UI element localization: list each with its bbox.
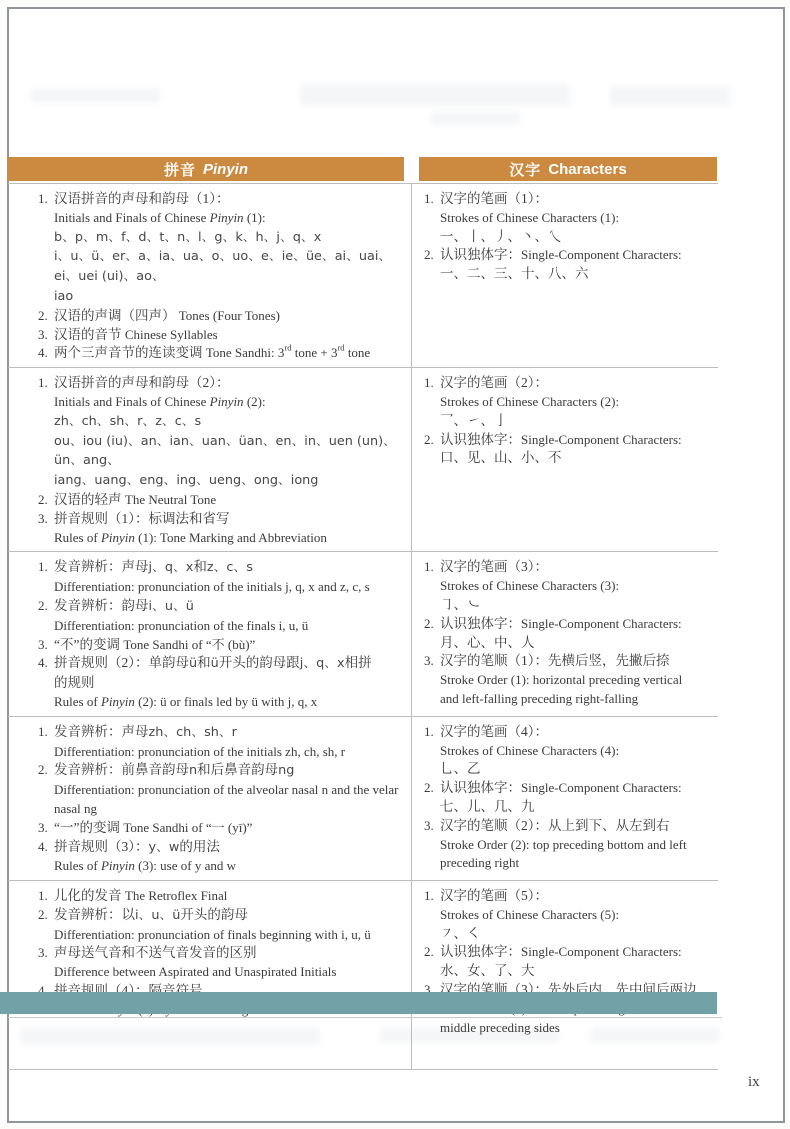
item-content: 两个三声音节的连读变调 Tone Sandhi: 3rd tone + 3rd …: [54, 344, 401, 363]
table-row: 1.儿化的发音 The Retroflex Final2.发音辨析：以i、u、ü…: [8, 881, 718, 1069]
text-line: 发音辨析：声母zh、ch、sh、r: [54, 723, 401, 743]
item-content: 汉字的笔画（2）：Strokes of Chinese Characters (…: [440, 374, 710, 430]
characters-cell: 1.汉字的笔画（2）：Strokes of Chinese Characters…: [412, 368, 718, 551]
list-item: 4.拼音规则（3）：y、w的用法Rules of Pinyin (3): use…: [38, 838, 401, 877]
list-item: 4.拼音规则（2）：单韵母ü和ü开头的韵母跟j、q、x相拼的规则Rules of…: [38, 654, 401, 711]
item-content: 认识独体字：Single-Component Characters:一、二、三、…: [440, 246, 710, 284]
text-segment: Initials and Finals of Chinese: [54, 394, 210, 409]
text-line: 发音辨析：以i、u、ü开头的韵母: [54, 906, 401, 926]
print-bleed-artifact: [430, 112, 520, 125]
text-segment: The Neutral Tone: [125, 492, 216, 507]
text-segment: Pinyin: [101, 694, 135, 709]
list-item: 2.认识独体字：Single-Component Characters:月、心、…: [424, 615, 710, 653]
list-item: 2.认识独体字：Single-Component Characters:七、儿、…: [424, 779, 710, 817]
text-line: “不”的变调 Tone Sandhi of “不 (bù)”: [54, 636, 401, 655]
text-segment: Tone Sandhi of “不 (bù)”: [123, 637, 255, 652]
text-line: 汉语的音节 Chinese Syllables: [54, 326, 401, 345]
item-number: 1.: [424, 190, 440, 246]
text-segment: 拼音规则（1）：标调法和省写: [54, 511, 230, 526]
text-line: middle preceding sides: [440, 1019, 710, 1038]
text-line: Differentiation: pronunciation of the fi…: [54, 617, 401, 636]
pinyin-cell: 1.发音辨析：声母zh、ch、sh、rDifferentiation: pron…: [8, 717, 412, 880]
item-content: 汉字的笔画（3）：Strokes of Chinese Characters (…: [440, 558, 710, 614]
text-line: 一、二、三、十、八、六: [440, 265, 710, 284]
text-segment: 发音辨析：韵母: [54, 598, 149, 613]
list-item: 1.汉语拼音的声母和韵母（2）：Initials and Finals of C…: [38, 374, 401, 491]
characters-header: 汉字 Characters: [419, 157, 717, 181]
text-segment: Differentiation: pronunciation of the fi…: [54, 618, 308, 633]
item-content: 汉语的音节 Chinese Syllables: [54, 326, 401, 345]
pinyin-header-zh: 拼音: [164, 159, 196, 180]
text-line: 儿化的发音 The Retroflex Final: [54, 887, 401, 906]
text-segment: 发音辨析：以: [54, 907, 135, 922]
text-segment: ou、iou (iu)、an、ian、uan、üan、en、in、uen (un…: [54, 434, 396, 469]
characters-cell: 1.汉字的笔画（3）：Strokes of Chinese Characters…: [412, 552, 718, 715]
list-item: 3.“不”的变调 Tone Sandhi of “不 (bù)”: [38, 636, 401, 655]
text-segment: 儿化的发音: [54, 888, 125, 903]
text-segment: j、q、x: [149, 560, 194, 575]
item-number: 4.: [38, 838, 54, 877]
item-number: 1.: [424, 374, 440, 430]
text-segment: Strokes of Chinese Characters (3):: [440, 578, 619, 593]
text-line: 发音辨析：前鼻音韵母n和后鼻音韵母ng: [54, 761, 401, 781]
item-number: 3.: [424, 817, 440, 873]
list-item: 2.认识独体字：Single-Component Characters:水、女、…: [424, 943, 710, 981]
list-item: 2.汉语的轻声 The Neutral Tone: [38, 491, 401, 510]
item-number: 3.: [424, 652, 440, 708]
text-segment: b、p、m、f、d、t、n、l、g、k、h、j、q、x: [54, 230, 321, 245]
text-segment: Pinyin: [101, 858, 135, 873]
text-segment: 汉字的笔画（3）：: [440, 559, 548, 574]
text-segment: and left-falling preceding right-falling: [440, 691, 638, 706]
text-segment: 汉字的笔顺（2）：从上到下、从左到右: [440, 818, 670, 833]
table-row: 1.汉语拼音的声母和韵母（2）：Initials and Finals of C…: [8, 368, 718, 552]
text-segment: iao: [54, 289, 73, 304]
text-segment: Differentiation: pronunciation of the al…: [54, 782, 399, 816]
item-content: “不”的变调 Tone Sandhi of “不 (bù)”: [54, 636, 401, 655]
list-item: 3.汉语的音节 Chinese Syllables: [38, 326, 401, 345]
text-segment: “不”的变调: [54, 637, 123, 652]
text-segment: 发音辨析：声母: [54, 559, 149, 574]
text-segment: 的规则: [54, 675, 95, 690]
list-item: 3.拼音规则（1）：标调法和省写Rules of Pinyin (1): Ton…: [38, 510, 401, 548]
item-content: 拼音规则（2）：单韵母ü和ü开头的韵母跟j、q、x相拼的规则Rules of P…: [54, 654, 401, 711]
text-segment: 一、二、三、十、八、六: [440, 266, 589, 281]
text-segment: 开头的韵母: [180, 907, 248, 922]
item-content: 发音辨析：以i、u、ü开头的韵母Differentiation: pronunc…: [54, 906, 401, 945]
text-segment: 汉字的笔画（4）：: [440, 724, 548, 739]
text-segment: zh、ch、sh、r: [149, 725, 237, 740]
text-line: 乛、㇀、亅: [440, 412, 710, 431]
text-line: Stroke Order (2): top preceding bottom a…: [440, 836, 710, 855]
text-line: zh、ch、sh、r、z、c、s: [54, 412, 401, 432]
text-segment: ㇇、㇛: [440, 926, 481, 941]
text-segment: “一”的变调: [54, 820, 123, 835]
text-line: 发音辨析：声母j、q、x和z、c、s: [54, 558, 401, 578]
text-line: 乚、乙: [440, 760, 710, 779]
text-line: preceding right: [440, 854, 710, 873]
text-segment: (1):: [244, 210, 266, 225]
text-segment: 口、见、山、小、不: [440, 450, 562, 465]
characters-cell: 1.汉字的笔画（5）：Strokes of Chinese Characters…: [412, 881, 718, 1069]
text-segment: i、u、ü: [135, 908, 180, 923]
footer-accent-bar: [0, 992, 717, 1014]
text-segment: j、q、x: [300, 656, 345, 671]
text-segment: Difference between Aspirated and Unaspir…: [54, 964, 336, 979]
list-item: 4.两个三声音节的连读变调 Tone Sandhi: 3rd tone + 3r…: [38, 344, 401, 363]
item-content: 儿化的发音 The Retroflex Final: [54, 887, 401, 906]
table-row: 1.发音辨析：声母j、q、x和z、c、sDifferentiation: pro…: [8, 552, 718, 716]
text-segment: ㇆、㇃: [440, 597, 481, 612]
text-segment: i、u、ü、er、a、ia、ua、o、uo、e、ie、üe、ai、uai、ei、…: [54, 249, 391, 284]
text-segment: 和: [197, 655, 211, 670]
text-segment: tone + 3: [292, 345, 338, 360]
list-item: 1.汉语拼音的声母和韵母（1）：Initials and Finals of C…: [38, 190, 401, 307]
text-line: i、u、ü、er、a、ia、ua、o、uo、e、ie、üe、ai、uai、ei、…: [54, 247, 401, 287]
list-item: 3.“一”的变调 Tone Sandhi of “一 (yī)”: [38, 819, 401, 838]
text-line: 汉语的声调（四声） Tones (Four Tones): [54, 307, 401, 326]
list-item: 1.汉字的笔画（5）：Strokes of Chinese Characters…: [424, 887, 710, 943]
text-line: 发音辨析：韵母i、u、ü: [54, 597, 401, 617]
text-segment: 乚、乙: [440, 761, 481, 776]
text-segment: Single-Component Characters:: [521, 616, 682, 631]
table-body: 1.汉语拼音的声母和韵母（1）：Initials and Finals of C…: [8, 183, 718, 1070]
text-segment: 认识独体字：: [440, 432, 521, 447]
text-segment: 水、女、了、大: [440, 963, 535, 978]
item-number: 3.: [38, 326, 54, 345]
item-content: 认识独体字：Single-Component Characters:月、心、中、…: [440, 615, 710, 653]
text-segment: iang、uang、eng、ing、ueng、ong、iong: [54, 473, 318, 488]
text-segment: 汉语的轻声: [54, 492, 125, 507]
text-line: ou、iou (iu)、an、ian、uan、üan、en、in、uen (un…: [54, 432, 401, 472]
text-segment: 汉字的笔画（5）：: [440, 888, 548, 903]
print-bleed-artifact: [30, 88, 160, 103]
text-segment: Tones (Four Tones): [176, 308, 280, 323]
item-number: 2.: [38, 761, 54, 818]
print-bleed-artifact: [300, 84, 570, 106]
list-item: 2.发音辨析：以i、u、ü开头的韵母Differentiation: pronu…: [38, 906, 401, 945]
item-number: 4.: [38, 344, 54, 363]
text-line: 两个三声音节的连读变调 Tone Sandhi: 3rd tone + 3rd …: [54, 344, 401, 363]
table-row: 1.发音辨析：声母zh、ch、sh、rDifferentiation: pron…: [8, 717, 718, 881]
item-number: 2.: [38, 597, 54, 636]
text-segment: Single-Component Characters:: [521, 432, 682, 447]
item-number: 3.: [38, 636, 54, 655]
list-item: 1.发音辨析：声母zh、ch、sh、rDifferentiation: pron…: [38, 723, 401, 762]
pinyin-cell: 1.汉语拼音的声母和韵母（2）：Initials and Finals of C…: [8, 368, 412, 551]
text-segment: 发音辨析：前鼻音韵母: [54, 762, 189, 777]
text-segment: Differentiation: pronunciation of the in…: [54, 579, 370, 594]
text-segment: (1): Tone Marking and Abbreviation: [135, 530, 327, 545]
item-content: 认识独体字：Single-Component Characters:口、见、山、…: [440, 431, 710, 469]
text-line: b、p、m、f、d、t、n、l、g、k、h、j、q、x: [54, 228, 401, 248]
text-segment: 汉字的笔画（1）：: [440, 191, 548, 206]
text-segment: Single-Component Characters:: [521, 944, 682, 959]
text-line: 汉语拼音的声母和韵母（1）：: [54, 190, 401, 209]
text-line: Initials and Finals of Chinese Pinyin (1…: [54, 209, 401, 228]
text-line: 汉字的笔画（3）：: [440, 558, 710, 577]
item-content: 拼音规则（1）：标调法和省写Rules of Pinyin (1): Tone …: [54, 510, 401, 548]
page-number: ix: [748, 1074, 760, 1091]
item-number: 3.: [38, 510, 54, 548]
list-item: 1.汉字的笔画（2）：Strokes of Chinese Characters…: [424, 374, 710, 430]
text-segment: preceding right: [440, 855, 519, 870]
print-bleed-artifact: [610, 86, 730, 106]
text-segment: 汉语的音节: [54, 327, 125, 342]
text-line: 拼音规则（1）：标调法和省写: [54, 510, 401, 529]
text-line: 认识独体字：Single-Component Characters:: [440, 431, 710, 450]
item-number: 1.: [38, 887, 54, 906]
text-line: 汉语的轻声 The Neutral Tone: [54, 491, 401, 510]
list-item: 3.汉字的笔顺（2）：从上到下、从左到右Stroke Order (2): to…: [424, 817, 710, 873]
item-content: 汉语的声调（四声） Tones (Four Tones): [54, 307, 401, 326]
item-content: 汉语拼音的声母和韵母（1）：Initials and Finals of Chi…: [54, 190, 401, 307]
text-line: Strokes of Chinese Characters (1):: [440, 209, 710, 228]
text-segment: 认识独体字：: [440, 616, 521, 631]
text-segment: Rules of: [54, 530, 101, 545]
text-segment: 和后鼻音韵母: [197, 762, 278, 777]
text-line: 水、女、了、大: [440, 962, 710, 981]
text-line: 汉语拼音的声母和韵母（2）：: [54, 374, 401, 393]
text-line: 认识独体字：Single-Component Characters:: [440, 943, 710, 962]
text-segment: Strokes of Chinese Characters (4):: [440, 743, 619, 758]
text-line: 的规则: [54, 674, 401, 693]
list-item: 1.汉字的笔画（3）：Strokes of Chinese Characters…: [424, 558, 710, 614]
text-segment: 发音辨析：声母: [54, 724, 149, 739]
text-line: 七、儿、几、九: [440, 798, 710, 817]
item-content: 发音辨析：声母zh、ch、sh、rDifferentiation: pronun…: [54, 723, 401, 762]
list-item: 1.汉字的笔画（1）：Strokes of Chinese Characters…: [424, 190, 710, 246]
text-segment: n: [189, 763, 197, 778]
item-number: 2.: [38, 906, 54, 945]
text-segment: Tone Sandhi: 3: [206, 345, 285, 360]
text-line: Strokes of Chinese Characters (4):: [440, 742, 710, 761]
text-segment: 汉语拼音的声母和韵母（1）：: [54, 191, 230, 206]
item-content: 发音辨析：韵母i、u、üDifferentiation: pronunciati…: [54, 597, 401, 636]
text-line: 认识独体字：Single-Component Characters:: [440, 615, 710, 634]
characters-header-en: Characters: [548, 161, 626, 178]
item-content: 汉字的笔画（4）：Strokes of Chinese Characters (…: [440, 723, 710, 779]
text-segment: 拼音规则（3）：: [54, 839, 149, 854]
text-segment: 的用法: [179, 839, 220, 854]
text-segment: Strokes of Chinese Characters (2):: [440, 394, 619, 409]
pinyin-cell: 1.汉语拼音的声母和韵母（1）：Initials and Finals of C…: [8, 184, 412, 367]
item-number: 1.: [424, 558, 440, 614]
pinyin-header: 拼音 Pinyin: [8, 157, 404, 181]
text-line: 汉字的笔顺（1）：先横后竖，先撇后捺: [440, 652, 710, 671]
text-line: 认识独体字：Single-Component Characters:: [440, 779, 710, 798]
item-content: 声母送气音和不送气音发音的区别Difference between Aspira…: [54, 944, 401, 982]
text-line: Rules of Pinyin (3): use of y and w: [54, 857, 401, 876]
footer-rule: [8, 1017, 722, 1018]
list-item: 2.发音辨析：前鼻音韵母n和后鼻音韵母ngDifferentiation: pr…: [38, 761, 401, 818]
text-segment: zh、ch、sh、r、z、c、s: [54, 414, 201, 429]
item-content: 认识独体字：Single-Component Characters:水、女、了、…: [440, 943, 710, 981]
text-line: 声母送气音和不送气音发音的区别: [54, 944, 401, 963]
text-line: 汉字的笔画（2）：: [440, 374, 710, 393]
list-item: 3.汉字的笔顺（1）：先横后竖，先撇后捺Stroke Order (1): ho…: [424, 652, 710, 708]
item-number: 1.: [38, 374, 54, 491]
text-segment: (2):: [244, 394, 266, 409]
text-line: 拼音规则（3）：y、w的用法: [54, 838, 401, 858]
text-line: 汉字的笔画（4）：: [440, 723, 710, 742]
text-segment: 两个三声音节的连读变调: [54, 345, 206, 360]
characters-header-zh: 汉字: [509, 159, 541, 180]
text-segment: 和: [193, 559, 207, 574]
text-segment: rd: [284, 343, 291, 353]
text-segment: ng: [278, 763, 294, 778]
text-line: ㇆、㇃: [440, 596, 710, 615]
text-segment: Rules of: [54, 858, 101, 873]
item-number: 1.: [38, 723, 54, 762]
item-content: 汉字的笔画（1）：Strokes of Chinese Characters (…: [440, 190, 710, 246]
text-line: Stroke Order (1): horizontal preceding v…: [440, 671, 710, 690]
text-segment: y、w: [149, 840, 180, 855]
list-item: 2.认识独体字：Single-Component Characters:口、见、…: [424, 431, 710, 469]
item-number: 2.: [424, 943, 440, 981]
item-number: 2.: [424, 246, 440, 284]
table-header-row: 拼音 Pinyin 汉字 Characters: [8, 157, 718, 183]
characters-cell: 1.汉字的笔画（4）：Strokes of Chinese Characters…: [412, 717, 718, 880]
list-item: 1.儿化的发音 The Retroflex Final: [38, 887, 401, 906]
text-segment: Differentiation: pronunciation of the in…: [54, 744, 345, 759]
text-segment: Single-Component Characters:: [521, 247, 682, 262]
pinyin-cell: 1.发音辨析：声母j、q、x和z、c、sDifferentiation: pro…: [8, 552, 412, 715]
text-segment: Pinyin: [101, 530, 135, 545]
text-segment: Strokes of Chinese Characters (1):: [440, 210, 619, 225]
text-segment: Pinyin: [210, 210, 244, 225]
pinyin-cell: 1.儿化的发音 The Retroflex Final2.发音辨析：以i、u、ü…: [8, 881, 412, 1069]
text-segment: rd: [337, 343, 344, 353]
text-segment: middle preceding sides: [440, 1020, 560, 1035]
text-segment: Stroke Order (1): horizontal preceding v…: [440, 672, 682, 687]
text-segment: (2): ü or finals led by ü with j, q, x: [135, 694, 317, 709]
text-segment: tone: [345, 345, 371, 360]
text-line: Rules of Pinyin (2): ü or finals led by …: [54, 693, 401, 712]
text-segment: Chinese Syllables: [125, 327, 218, 342]
item-number: 2.: [424, 431, 440, 469]
text-segment: The Retroflex Final: [125, 888, 228, 903]
text-segment: 相拼: [345, 655, 372, 670]
list-item: 3.声母送气音和不送气音发音的区别Difference between Aspi…: [38, 944, 401, 982]
text-segment: z、c、s: [207, 560, 253, 575]
text-line: 汉字的笔画（5）：: [440, 887, 710, 906]
item-number: 3.: [38, 944, 54, 982]
text-segment: 汉语拼音的声母和韵母（2）：: [54, 375, 230, 390]
text-line: 一、丨、丿、丶、乀: [440, 228, 710, 247]
list-item: 1.发音辨析：声母j、q、x和z、c、sDifferentiation: pro…: [38, 558, 401, 597]
text-segment: i、u、ü: [149, 599, 194, 614]
item-content: 认识独体字：Single-Component Characters:七、儿、几、…: [440, 779, 710, 817]
text-line: 汉字的笔顺（2）：从上到下、从左到右: [440, 817, 710, 836]
item-number: 1.: [424, 723, 440, 779]
text-segment: 汉语的声调（四声）: [54, 308, 176, 323]
item-content: 发音辨析：前鼻音韵母n和后鼻音韵母ngDifferentiation: pron…: [54, 761, 401, 818]
text-segment: Initials and Finals of Chinese: [54, 210, 210, 225]
text-line: 口、见、山、小、不: [440, 449, 710, 468]
text-line: 认识独体字：Single-Component Characters:: [440, 246, 710, 265]
item-content: “一”的变调 Tone Sandhi of “一 (yī)”: [54, 819, 401, 838]
text-segment: Rules of: [54, 694, 101, 709]
text-line: Strokes of Chinese Characters (5):: [440, 906, 710, 925]
item-number: 1.: [38, 558, 54, 597]
list-item: 2.发音辨析：韵母i、u、üDifferentiation: pronuncia…: [38, 597, 401, 636]
text-segment: 声母送气音和不送气音发音的区别: [54, 945, 257, 960]
text-segment: 认识独体字：: [440, 247, 521, 262]
text-segment: 七、儿、几、九: [440, 799, 535, 814]
table-row: 1.汉语拼音的声母和韵母（1）：Initials and Finals of C…: [8, 184, 718, 368]
list-item: 2.认识独体字：Single-Component Characters:一、二、…: [424, 246, 710, 284]
item-content: 汉字的笔画（5）：Strokes of Chinese Characters (…: [440, 887, 710, 943]
list-item: 1.汉字的笔画（4）：Strokes of Chinese Characters…: [424, 723, 710, 779]
item-number: 2.: [38, 307, 54, 326]
text-segment: 乛、㇀、亅: [440, 413, 508, 428]
item-number: 3.: [38, 819, 54, 838]
item-content: 发音辨析：声母j、q、x和z、c、sDifferentiation: pronu…: [54, 558, 401, 597]
text-segment: ü: [211, 656, 219, 671]
text-segment: 汉字的笔顺（1）：先横后竖，先撇后捺: [440, 653, 670, 668]
text-segment: 月、心、中、人: [440, 635, 535, 650]
item-number: 1.: [38, 190, 54, 307]
item-content: 汉语的轻声 The Neutral Tone: [54, 491, 401, 510]
text-segment: ü: [189, 656, 197, 671]
text-line: 月、心、中、人: [440, 634, 710, 653]
text-line: iang、uang、eng、ing、ueng、ong、iong: [54, 471, 401, 491]
text-segment: 认识独体字：: [440, 780, 521, 795]
text-segment: (3): use of y and w: [135, 858, 236, 873]
item-number: 2.: [424, 615, 440, 653]
text-segment: Single-Component Characters:: [521, 780, 682, 795]
item-number: 4.: [38, 654, 54, 711]
text-line: Differentiation: pronunciation of the in…: [54, 743, 401, 762]
item-number: 2.: [38, 491, 54, 510]
text-line: Strokes of Chinese Characters (2):: [440, 393, 710, 412]
item-number: 2.: [424, 779, 440, 817]
text-segment: 汉字的笔画（2）：: [440, 375, 548, 390]
item-number: 1.: [424, 887, 440, 943]
content-table: 拼音 Pinyin 汉字 Characters 1.汉语拼音的声母和韵母（1）：…: [8, 157, 718, 1070]
text-line: Difference between Aspirated and Unaspir…: [54, 963, 401, 982]
text-segment: 拼音规则（2）：单韵母: [54, 655, 189, 670]
text-line: 拼音规则（2）：单韵母ü和ü开头的韵母跟j、q、x相拼: [54, 654, 401, 674]
list-item: 2.汉语的声调（四声） Tones (Four Tones): [38, 307, 401, 326]
text-line: Differentiation: pronunciation of the in…: [54, 578, 401, 597]
text-line: Rules of Pinyin (1): Tone Marking and Ab…: [54, 529, 401, 548]
item-content: 拼音规则（3）：y、w的用法Rules of Pinyin (3): use o…: [54, 838, 401, 877]
item-content: 汉字的笔顺（1）：先横后竖，先撇后捺Stroke Order (1): hori…: [440, 652, 710, 708]
text-line: “一”的变调 Tone Sandhi of “一 (yī)”: [54, 819, 401, 838]
text-segment: Differentiation: pronunciation of finals…: [54, 927, 371, 942]
text-line: ㇇、㇛: [440, 925, 710, 944]
text-line: and left-falling preceding right-falling: [440, 690, 710, 709]
text-segment: Tone Sandhi of “一 (yī)”: [123, 820, 252, 835]
text-line: Differentiation: pronunciation of finals…: [54, 926, 401, 945]
characters-cell: 1.汉字的笔画（1）：Strokes of Chinese Characters…: [412, 184, 718, 367]
text-line: iao: [54, 287, 401, 307]
text-segment: Stroke Order (2): top preceding bottom a…: [440, 837, 687, 852]
text-segment: 认识独体字：: [440, 944, 521, 959]
text-line: Initials and Finals of Chinese Pinyin (2…: [54, 393, 401, 412]
item-content: 汉语拼音的声母和韵母（2）：Initials and Finals of Chi…: [54, 374, 401, 491]
text-segment: 开头的韵母跟: [219, 655, 300, 670]
item-content: 汉字的笔顺（2）：从上到下、从左到右Stroke Order (2): top …: [440, 817, 710, 873]
text-line: Strokes of Chinese Characters (3):: [440, 577, 710, 596]
text-line: Differentiation: pronunciation of the al…: [54, 781, 401, 819]
text-segment: Strokes of Chinese Characters (5):: [440, 907, 619, 922]
text-segment: Pinyin: [210, 394, 244, 409]
text-segment: 一、丨、丿、丶、乀: [440, 229, 562, 244]
text-line: 汉字的笔画（1）：: [440, 190, 710, 209]
